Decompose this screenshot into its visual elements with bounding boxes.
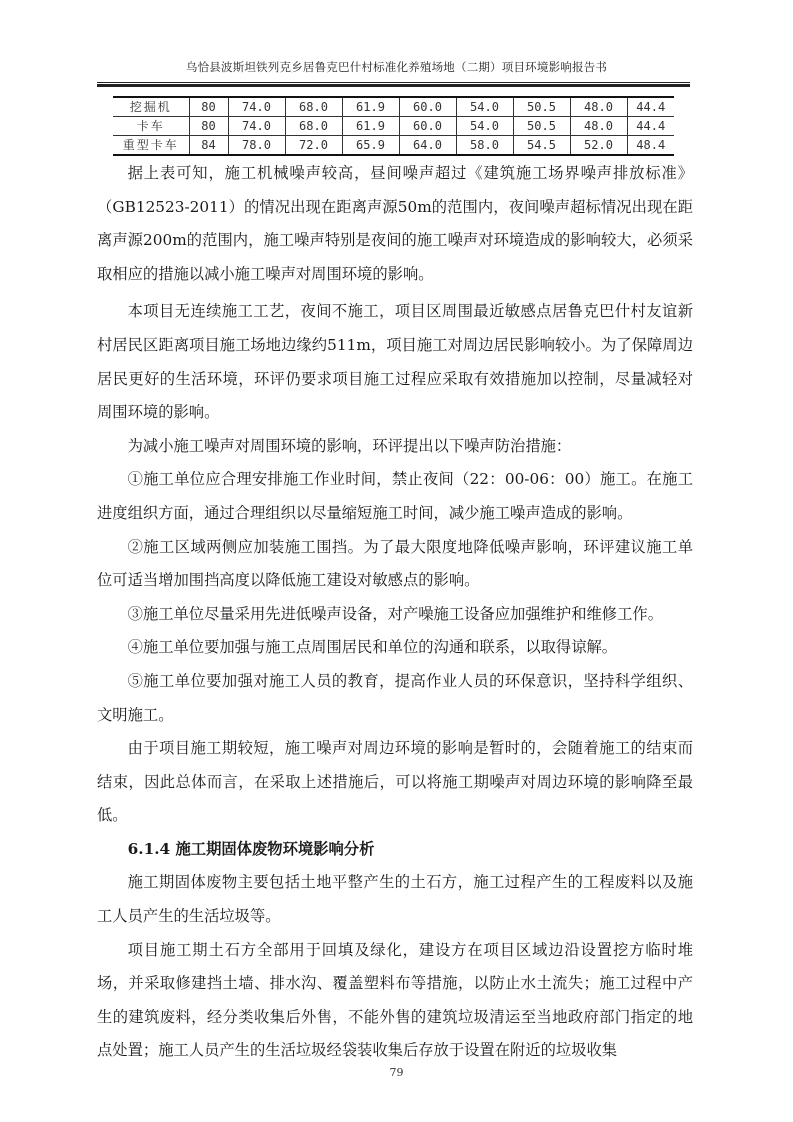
value-cell: 58.0 xyxy=(456,136,513,156)
header-rule-thin xyxy=(97,82,690,83)
value-cell: 50.5 xyxy=(513,97,570,117)
value-cell: 74.0 xyxy=(228,117,285,136)
body-text: 据上表可知，施工机械噪声较高，昼间噪声超过《建筑施工场界噪声排放标准》（GB12… xyxy=(97,157,693,1068)
value-cell: 60.0 xyxy=(399,97,456,117)
table-row: 重型卡车 84 78.0 72.0 65.9 64.0 58.0 54.5 52… xyxy=(113,136,674,156)
measure-3: ③施工单位尽量采用先进低噪声设备，对产噪施工设备应加强维护和维修工作。 xyxy=(97,598,693,632)
equipment-cell: 卡车 xyxy=(113,117,189,136)
paragraph-solid-waste-sources: 施工期固体废物主要包括土地平整产生的土石方，施工过程产生的工程废料以及施工人员产… xyxy=(97,866,693,933)
measure-2: ②施工区域两侧应加装施工围挡。为了最大限度地降低噪声影响，环评建议施工单位可适当… xyxy=(97,531,693,598)
measure-4: ④施工单位要加强与施工点周围居民和单位的沟通和联系，以取得谅解。 xyxy=(97,631,693,665)
header-rule xyxy=(97,82,690,87)
value-cell: 68.0 xyxy=(285,97,342,117)
paragraph-conclusion: 由于项目施工期较短，施工噪声对周边环境的影响是暂时的，会随着施工的结束而结束，因… xyxy=(97,732,693,833)
value-cell: 54.0 xyxy=(456,117,513,136)
value-cell: 48.0 xyxy=(570,117,627,136)
value-cell: 54.0 xyxy=(456,97,513,117)
value-cell: 48.4 xyxy=(627,136,674,156)
equipment-cell: 挖掘机 xyxy=(113,97,189,117)
page-header-title: 乌恰县波斯坦铁列克乡居鲁克巴什村标准化养殖场地（二期）项目环境影响报告书 xyxy=(0,59,793,75)
page-number: 79 xyxy=(0,1066,793,1079)
value-cell: 54.5 xyxy=(513,136,570,156)
noise-attenuation-table: 挖掘机 80 74.0 68.0 61.9 60.0 54.0 50.5 48.… xyxy=(113,96,674,156)
table-row: 卡车 80 74.0 68.0 61.9 60.0 54.0 50.5 48.0… xyxy=(113,117,674,136)
value-cell: 65.9 xyxy=(342,136,399,156)
equipment-cell: 重型卡车 xyxy=(113,136,189,156)
value-cell: 74.0 xyxy=(228,97,285,117)
value-cell: 52.0 xyxy=(570,136,627,156)
table-row: 挖掘机 80 74.0 68.0 61.9 60.0 54.0 50.5 48.… xyxy=(113,97,674,117)
value-cell: 48.0 xyxy=(570,97,627,117)
paragraph-measures-intro: 为减小施工噪声对周围环境的影响，环评提出以下噪声防治措施： xyxy=(97,430,693,464)
value-cell: 61.9 xyxy=(342,117,399,136)
value-cell: 80 xyxy=(189,97,228,117)
header-rule-thick xyxy=(97,84,690,87)
value-cell: 80 xyxy=(189,117,228,136)
section-heading: 6.1.4 施工期固体废物环境影响分析 xyxy=(97,833,693,867)
value-cell: 50.5 xyxy=(513,117,570,136)
measure-1: ①施工单位应合理安排施工作业时间，禁止夜间（22：00-06：00）施工。在施工… xyxy=(97,463,693,530)
measure-5: ⑤施工单位要加强对施工人员的教育，提高作业人员的环保意识，坚持科学组织、文明施工… xyxy=(97,665,693,732)
paragraph-project-overview: 本项目无连续施工工艺，夜间不施工，项目区周围最近敏感点居鲁克巴什村友谊新村居民区… xyxy=(97,295,693,429)
value-cell: 78.0 xyxy=(228,136,285,156)
value-cell: 61.9 xyxy=(342,97,399,117)
value-cell: 44.4 xyxy=(627,117,674,136)
value-cell: 84 xyxy=(189,136,228,156)
value-cell: 44.4 xyxy=(627,97,674,117)
value-cell: 60.0 xyxy=(399,117,456,136)
paragraph-table-analysis: 据上表可知，施工机械噪声较高，昼间噪声超过《建筑施工场界噪声排放标准》（GB12… xyxy=(97,157,693,291)
paragraph-solid-waste-handling: 项目施工期土石方全部用于回填及绿化，建设方在项目区域边沿设置挖方临时堆场，并采取… xyxy=(97,934,693,1068)
value-cell: 68.0 xyxy=(285,117,342,136)
value-cell: 72.0 xyxy=(285,136,342,156)
value-cell: 64.0 xyxy=(399,136,456,156)
